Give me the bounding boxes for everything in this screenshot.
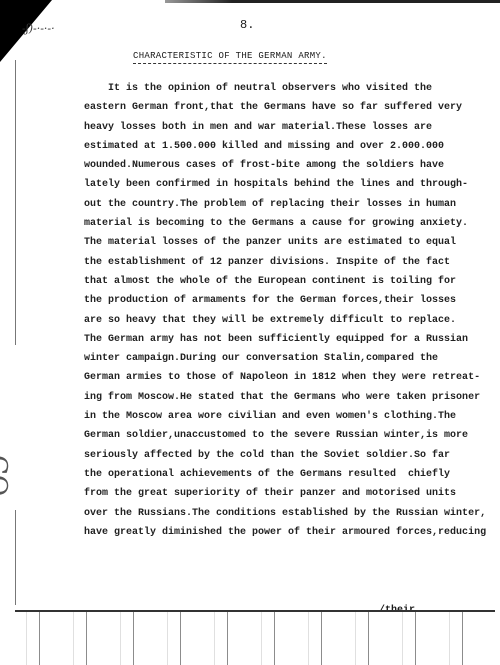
scan-left-rule — [15, 510, 16, 605]
text-line: lately been confirmed in hospitals behin… — [84, 175, 494, 194]
handwritten-mark: -ʃ)-·-·-· — [22, 22, 55, 35]
text-line: wounded.Numerous cases of frost-bite amo… — [84, 156, 494, 175]
text-line: The German army has not been sufficientl… — [84, 330, 494, 349]
scan-top-edge — [165, 0, 500, 3]
text-line: out the country.The problem of replacing… — [84, 195, 494, 214]
body-text: It is the opinion of neutral observers w… — [84, 79, 494, 542]
text-line: have greatly diminished the power of the… — [84, 523, 494, 542]
text-line: the production of armaments for the Germ… — [84, 291, 494, 310]
text-line: estimated at 1.500.000 killed and missin… — [84, 137, 494, 156]
text-line: German armies to those of Napoleon in 18… — [84, 368, 494, 387]
text-line: that almost the whole of the European co… — [84, 272, 494, 291]
text-line: are so heavy that they will be extremely… — [84, 311, 494, 330]
page-title: CHARACTERISTIC OF THE GERMAN ARMY. — [133, 51, 327, 64]
text-line: the operational achievements of the Germ… — [84, 465, 494, 484]
text-line: ing from Moscow.He stated that the Germa… — [84, 388, 494, 407]
text-line: It is the opinion of neutral observers w… — [84, 79, 494, 98]
text-line: the establishment of 12 panzer divisions… — [84, 253, 494, 272]
margin-annotation: CO — [0, 455, 12, 496]
text-line: The material losses of the panzer units … — [84, 233, 494, 252]
text-line: material is becoming to the Germans a ca… — [84, 214, 494, 233]
text-line: heavy losses both in men and war materia… — [84, 118, 494, 137]
text-line: winter campaign.During our conversation … — [84, 349, 494, 368]
text-line: seriously affected by the cold than the … — [84, 446, 494, 465]
text-line: in the Moscow area wore civilian and eve… — [84, 407, 494, 426]
scan-left-rule — [15, 60, 16, 345]
text-line: over the Russians.The conditions establi… — [84, 504, 494, 523]
scan-bottom-edge — [15, 610, 495, 665]
text-line: German soldier,unaccustomed to the sever… — [84, 426, 494, 445]
text-line: eastern German front,that the Germans ha… — [84, 98, 494, 117]
page-number: 8. — [240, 18, 254, 32]
text-line: from the great superiority of their panz… — [84, 484, 494, 503]
